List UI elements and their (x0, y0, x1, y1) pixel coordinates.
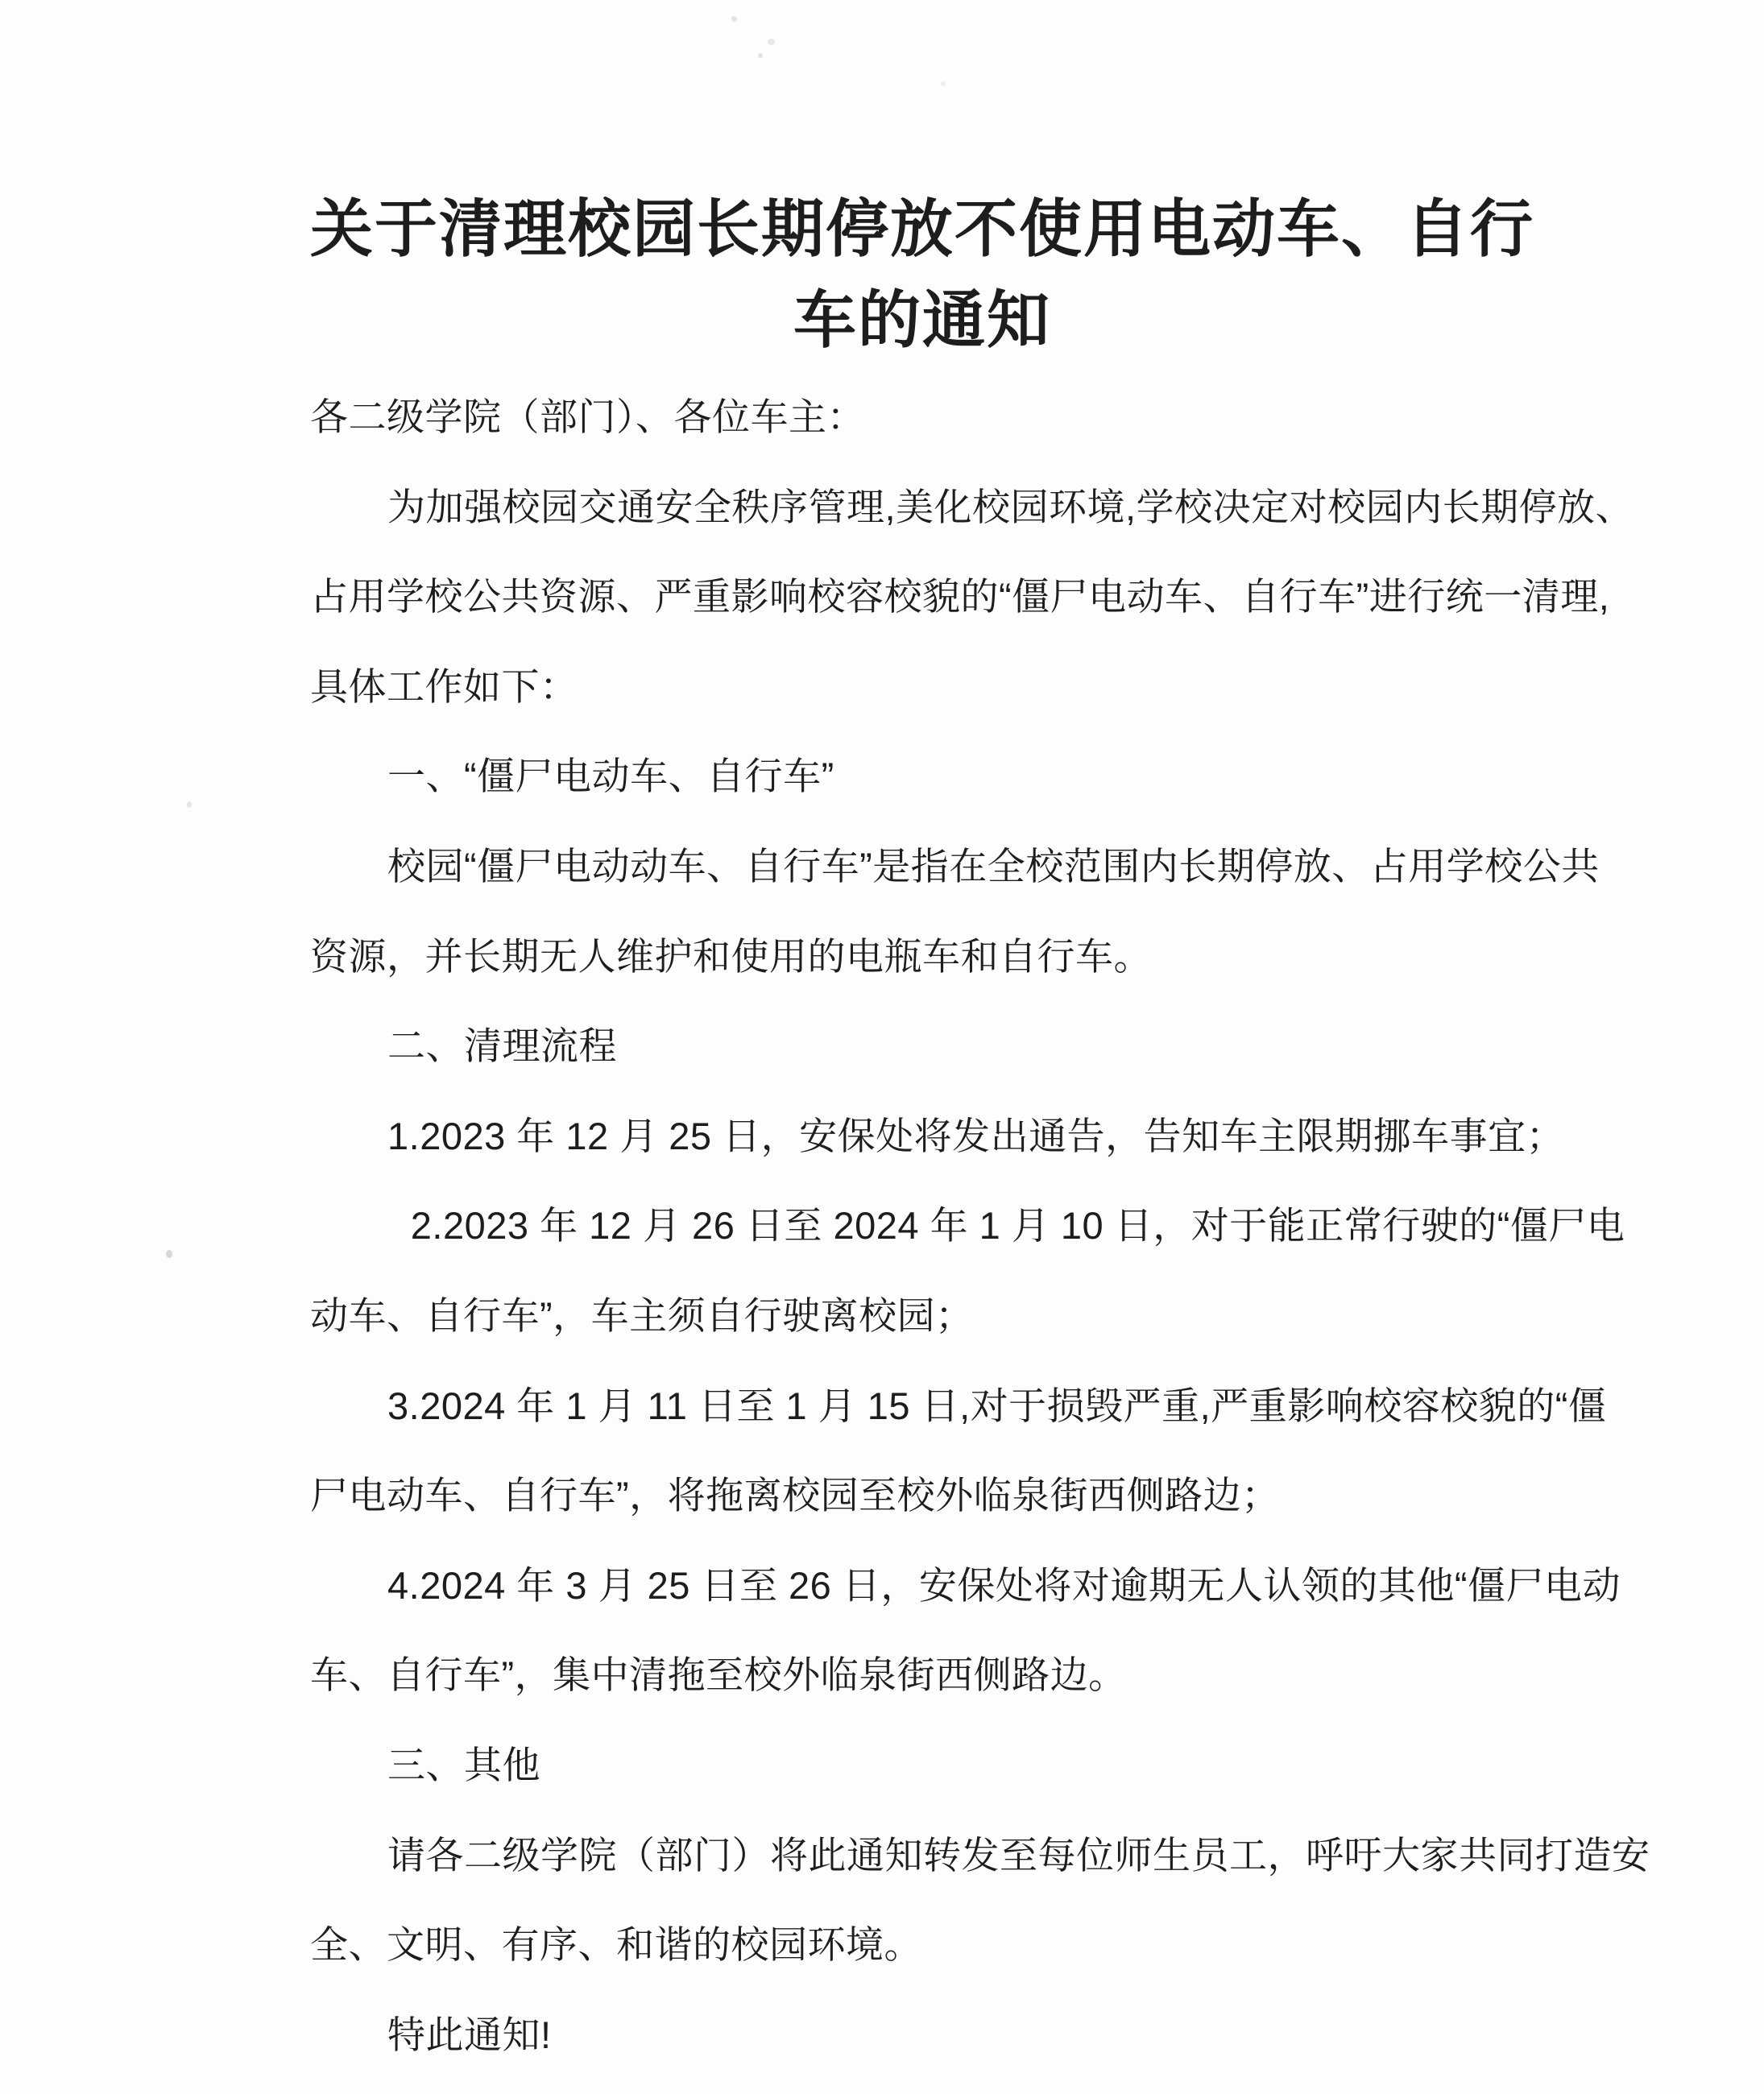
scan-speck (768, 39, 775, 45)
text-line: 动车、自行车”，车主须自行驶离校园； (310, 1271, 1607, 1361)
text-line: 1.2023 年 12 月 25 日，安保处将发出通告，告知车主限期挪车事宜； (310, 1091, 1607, 1181)
text-line: 尸电动车、自行车”，将拖离校园至校外临泉街西侧路边； (310, 1450, 1607, 1541)
scan-speck (731, 16, 737, 22)
text-line: 4.2024 年 3 月 25 日至 26 日，安保处将对逾期无人认领的其他“僵… (310, 1541, 1607, 1631)
text-line: 各二级学院（部门）、各位车主： (310, 372, 1607, 462)
text-line: 三、其他 (310, 1720, 1607, 1811)
text-line: 2.2023 年 12 月 26 日至 2024 年 1 月 10 日，对于能正… (310, 1181, 1607, 1271)
scan-speck (758, 53, 763, 58)
text-line: 全、文明、有序、和谐的校园环境。 (310, 1900, 1607, 1990)
scan-speck (166, 1250, 172, 1258)
scanned-notice-page: 关于清理校园长期停放不使用电动车、自行 车的通知 各二级学院（部门）、各位车主：… (0, 0, 1764, 2094)
text-line: 请各二级学院（部门）将此通知转发至每位师生员工，呼吁大家共同打造安 (310, 1811, 1607, 1901)
document-title: 关于清理校园长期停放不使用电动车、自行 车的通知 (286, 184, 1559, 366)
text-line: 特此通知! (310, 1990, 1607, 2080)
document-title-line-1: 关于清理校园长期停放不使用电动车、自行 (286, 184, 1559, 275)
text-line: 3.2024 年 1 月 11 日至 1 月 15 日,对于损毁严重,严重影响校… (310, 1361, 1607, 1451)
text-line: 二、清理流程 (310, 1001, 1607, 1091)
text-line: 具体工作如下： (310, 642, 1607, 732)
text-line: 一、“僵尸电动车、自行车” (310, 731, 1607, 821)
text-line: 校园“僵尸电动动车、自行车”是指在全校范围内长期停放、占用学校公共 (310, 821, 1607, 912)
scan-speck (941, 81, 946, 86)
text-line: 资源，并长期无人维护和使用的电瓶车和自行车。 (310, 912, 1607, 1002)
text-line: 占用学校公共资源、严重影响校容校貌的“僵尸电动车、自行车”进行统一清理, (310, 552, 1607, 642)
text-line: 为加强校园交通安全秩序管理,美化校园环境,学校决定对校园内长期停放、 (310, 462, 1607, 552)
scan-speck (187, 801, 192, 808)
document-title-line-2: 车的通知 (286, 275, 1559, 366)
document-body: 各二级学院（部门）、各位车主：为加强校园交通安全秩序管理,美化校园环境,学校决定… (310, 372, 1607, 2080)
text-line: 车、自行车”，集中清拖至校外临泉街西侧路边。 (310, 1630, 1607, 1720)
